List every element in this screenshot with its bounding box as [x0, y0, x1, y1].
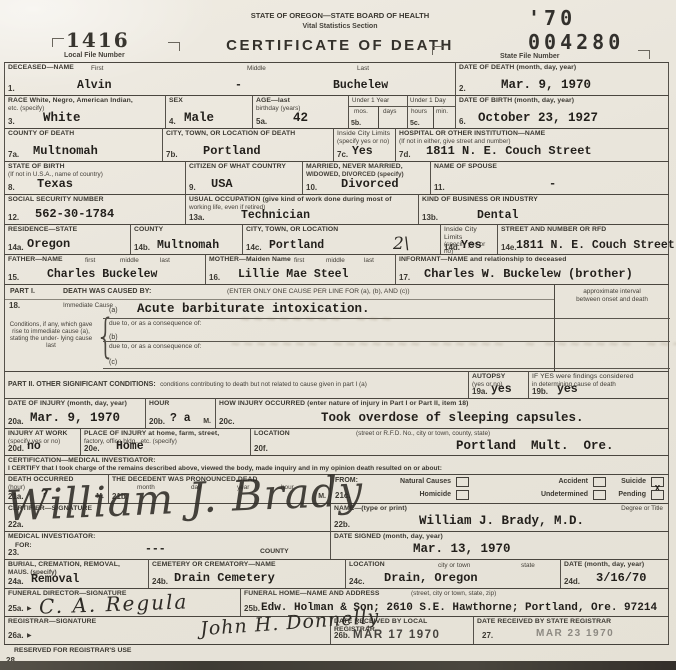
item-number: 20c.: [219, 417, 235, 426]
col-first: First: [91, 65, 103, 72]
col-middle: Middle: [247, 65, 266, 72]
item-number: 9.: [189, 183, 196, 192]
value-occupation: Technician: [241, 209, 310, 222]
field-label: HOW INJURY OCCURRED (enter nature of inj…: [219, 400, 666, 408]
field-industry: KIND OF BUSINESS OR INDUSTRY 13b. Dental: [418, 194, 669, 224]
item-number: 6.: [459, 117, 466, 126]
registration-mark: [168, 42, 180, 51]
field-label: COUNTY OF DEATH: [8, 130, 159, 138]
scan-edge: [0, 661, 676, 670]
interval-column-divider: [554, 285, 555, 372]
col-last: Last: [357, 65, 369, 72]
item-number: 7d.: [399, 150, 411, 159]
value-findings-considered: yes: [557, 383, 578, 396]
item-number: 8.: [8, 183, 15, 192]
col-last: last: [160, 257, 170, 264]
item-number: 25b.: [244, 604, 260, 613]
field-label: DATE OF INJURY (month, day, year): [8, 400, 142, 408]
item-number: 12.: [8, 213, 19, 222]
item-number: 21a.: [8, 492, 24, 501]
option-natural-causes: Natural Causes: [371, 478, 451, 485]
value-cemetery-location: Drain, Oregon: [384, 571, 478, 585]
field-informant: INFORMANT—NAME and relationship to decea…: [395, 254, 669, 284]
field-certifier-name: NAME—(type or print) Degree or Title 22b…: [330, 503, 669, 531]
field-label: NAME OF SPOUSE: [434, 163, 666, 171]
degree-or-title-label: Degree or Title: [621, 505, 663, 512]
field-label: AGE—last: [256, 97, 345, 105]
field-label: STREET AND NUMBER OR RFD: [501, 226, 666, 234]
item-number: 14d.: [444, 243, 460, 252]
value-age: 42: [293, 111, 308, 125]
divider: [378, 106, 379, 129]
item-number: 7b.: [166, 150, 178, 159]
value-father-name: Charles Buckelew: [47, 268, 157, 281]
value-hour-of-injury: ? a: [170, 412, 191, 425]
item-number: 14b.: [134, 243, 150, 252]
item-number: 19a.: [472, 387, 488, 396]
value-certifier-name: William J. Brady, M.D.: [419, 514, 584, 528]
field-label: CEMETERY OR CREMATORY—NAME: [152, 561, 342, 569]
col-min: min.: [436, 108, 448, 115]
value-residence-state: Oregon: [27, 237, 70, 251]
item-number: 14c.: [246, 243, 262, 252]
option-homicide: Homicide: [371, 491, 451, 498]
field-label: Inside City Limits: [337, 130, 392, 138]
field-sublabel: etc. (specify): [8, 105, 162, 112]
col-month: month: [137, 484, 155, 491]
local-file-number-label: Local File Number: [64, 52, 125, 59]
item-number: 18.: [9, 301, 20, 310]
col-mos: mos.: [354, 108, 368, 115]
registration-mark: [52, 38, 64, 47]
value-how-injury-occurred: Took overdose of sleeping capsules.: [321, 411, 584, 425]
field-label: LOCATION: [349, 561, 385, 569]
value-sex: Male: [184, 111, 214, 125]
field-burial-type: BURIAL, CREMATION, REMOVAL, MAUS. (speci…: [4, 559, 148, 588]
field-disposition-date: DATE (month, day, year) 24d. 3/16/70: [560, 559, 669, 588]
item-number: 24a.: [8, 577, 24, 586]
field-spouse-name: NAME OF SPOUSE 11. -: [430, 161, 669, 194]
field-sublabel: (specify yes or no): [337, 138, 392, 145]
field-label: HOSPITAL OR OTHER INSTITUTION—NAME: [399, 130, 666, 138]
field-inside-city-limits: Inside City Limits (specify yes or no) 7…: [333, 128, 395, 161]
field-label: AUTOPSY: [472, 373, 525, 381]
field-residence-city: CITY, TOWN, OR LOCATION 14c. Portland 2\: [242, 224, 440, 254]
field-residence-inside-city-limits: Inside City Limits (specify yes or no) 1…: [440, 224, 497, 254]
agency-name: STATE OF OREGON—STATE BOARD OF HEALTH: [205, 11, 475, 20]
value-hospital: 1811 N. E. Couch Street: [426, 144, 592, 158]
immediate-cause-label: Immediate Cause: [63, 302, 113, 309]
value-residence-city: Portland: [269, 239, 324, 252]
value-ssn: 562-30-1784: [35, 207, 114, 221]
checkbox-suicide-checked: X: [651, 477, 664, 487]
agency-section: Vital Statistics Section: [205, 23, 475, 30]
value-marital-status: Divorced: [341, 177, 399, 191]
field-label: DATE SIGNED (month, day, year): [334, 533, 666, 541]
item-number: 24c.: [349, 577, 365, 586]
value-date-of-death: Mar. 9, 1970: [501, 78, 591, 92]
field-sex: SEX 4. Male: [165, 95, 252, 128]
state-file-number-label: State File Number: [500, 53, 560, 60]
value-burial-type: Removal: [31, 573, 79, 586]
item-number: 11.: [434, 183, 445, 192]
reserved-label: RESERVED FOR REGISTRAR'S USE: [14, 647, 131, 654]
field-sublabel: (hour): [8, 484, 105, 491]
item-number: 7a.: [8, 150, 19, 159]
item-number: 14a.: [8, 243, 24, 252]
field-label: MOTHER—Maiden Name: [209, 256, 291, 264]
value-place-of-injury: Home: [116, 440, 144, 453]
handwritten-mark: 2\: [393, 234, 410, 254]
field-autopsy: AUTOPSY (yes or no) 19a. yes: [468, 371, 528, 398]
option-suicide: Suicide: [586, 478, 646, 485]
item-number: 20e.: [84, 444, 100, 453]
field-date-of-death: DATE OF DEATH (month, day, year) 2. Mar.…: [455, 62, 669, 95]
from-label: FROM:: [335, 477, 358, 484]
field-label: CITIZEN OF WHAT COUNTRY: [189, 163, 299, 171]
field-cause-category: FROM: Natural Causes Accident Suicide X …: [330, 474, 669, 503]
col-middle: middle: [326, 257, 345, 264]
value-cemetery-name: Drain Cemetery: [174, 571, 275, 585]
field-label: FATHER—NAME: [8, 256, 63, 264]
part1-region: PART I. DEATH WAS CAUSED BY: (ENTER ONLY…: [4, 284, 669, 371]
item-number: 3.: [8, 117, 15, 126]
field-label: COUNTY: [134, 226, 239, 234]
arrow-icon: ▶: [27, 632, 32, 639]
state-file-number-stamp: '70 004280: [528, 6, 676, 54]
field-certifier-signature: CERTIFIER—SIGNATURE 22a.: [4, 503, 330, 531]
item-number: 20b.: [149, 417, 165, 426]
item-number: 1.: [8, 84, 15, 93]
field-date-of-birth: DATE OF BIRTH (month, day, year) 6. Octo…: [455, 95, 669, 128]
item-number: 10.: [306, 183, 317, 192]
value-spouse-name: -: [549, 177, 556, 191]
item-number: 21c.: [335, 491, 351, 500]
field-city-of-death: CITY, TOWN, OR LOCATION OF DEATH 7b. Por…: [162, 128, 333, 161]
col-year: year: [237, 484, 249, 491]
value-medical-investigator-county: ---: [145, 543, 166, 556]
col-hours: hours: [411, 108, 427, 115]
field-father-name: FATHER—NAME first middle last 15. Charle…: [4, 254, 205, 284]
field-label: DATE OF DEATH (month, day, year): [459, 64, 576, 72]
value-injury-at-work: no: [27, 440, 41, 453]
col-day: day: [191, 484, 201, 491]
part2-label: PART II. OTHER SIGNIFICANT CONDITIONS:: [8, 381, 156, 388]
item-number: 22b.: [334, 520, 350, 529]
field-label: INJURY AT WORK: [8, 430, 77, 438]
option-undetermined: Undetermined: [514, 491, 588, 498]
item-number: 4.: [169, 117, 176, 126]
item-number: 20d.: [8, 444, 24, 453]
certification-title: CERTIFICATION—MEDICAL INVESTIGATOR:: [8, 457, 666, 465]
value-autopsy: yes: [491, 383, 512, 396]
col-days: days: [383, 108, 397, 115]
local-file-number: 1416: [66, 28, 130, 52]
field-funeral-home: FUNERAL HOME—NAME AND ADDRESS (street, c…: [240, 588, 669, 616]
item-number: 19b.: [532, 387, 548, 396]
item-number: 23.: [8, 548, 19, 557]
field-under-1-year: Under 1 Year mos. days 5b.: [348, 95, 407, 128]
item-number: 5a.: [256, 117, 267, 126]
field-label: DECEASED—NAME: [8, 64, 74, 72]
field-injury-location: LOCATION (street or R.F.D. No., city or …: [250, 428, 669, 455]
field-label: REGISTRAR—SIGNATURE: [8, 618, 327, 626]
item-number: 27.: [482, 631, 493, 640]
field-label: SOCIAL SECURITY NUMBER: [8, 196, 182, 204]
field-marital-status: MARRIED, NEVER MARRIED, WIDOWED, DIVORCE…: [302, 161, 430, 194]
field-label: SEX: [169, 97, 249, 105]
item-number: 24d.: [564, 577, 580, 586]
conditions-side-note: Conditions, if any, which gave rise to i…: [7, 321, 95, 349]
item-number: 15.: [8, 273, 19, 282]
field-label: CERTIFIER—SIGNATURE: [8, 505, 327, 513]
option-pending: Pending: [586, 491, 646, 498]
field-label: RESIDENCE—STATE: [8, 226, 127, 234]
value-race: White: [43, 111, 81, 125]
field-label: CITY, TOWN, OR LOCATION OF DEATH: [166, 130, 330, 138]
item-number: 16.: [209, 273, 220, 282]
field-date-of-injury: DATE OF INJURY (month, day, year) 20a. M…: [4, 398, 145, 428]
field-hospital: HOSPITAL OR OTHER INSTITUTION—NAME (If n…: [395, 128, 669, 161]
field-label: DATE OF BIRTH (month, day, year): [459, 97, 666, 105]
meridiem-label: M.: [203, 418, 211, 425]
field-label: MEDICAL INVESTIGATOR:: [8, 533, 327, 541]
registration-mark: [638, 50, 650, 59]
value-mother-name: Lillie Mae Steel: [238, 268, 348, 281]
field-cemetery-name: CEMETERY OR CREMATORY—NAME 24b. Drain Ce…: [148, 559, 345, 588]
form-title: CERTIFICATE OF DEATH: [185, 37, 495, 54]
part2-sublabel: conditions contributing to death but not…: [160, 381, 367, 388]
divider: [433, 106, 434, 129]
due-to-label: due to, or as a consequence of:: [109, 320, 201, 327]
col-middle: middle: [120, 257, 139, 264]
field-label: NAME—(type or print): [334, 505, 407, 513]
field-sublabel: (If not in U.S.A., name of country): [8, 171, 182, 178]
field-state-of-birth: STATE OF BIRTH (If not in U.S.A., name o…: [4, 161, 185, 194]
county-label: COUNTY: [260, 548, 289, 555]
option-accident: Accident: [526, 478, 588, 485]
field-county-of-death: COUNTY OF DEATH 7a. Multnomah: [4, 128, 162, 161]
certification-statement: I CERTIFY that I took charge of the rema…: [8, 465, 666, 472]
part1-instruction: (ENTER ONLY ONE CAUSE PER LINE FOR (a), …: [227, 288, 410, 295]
field-age: AGE—last birthday (years) 5a. 42: [252, 95, 348, 128]
item-number: 7c.: [337, 150, 348, 159]
col-first: first: [85, 257, 95, 264]
field-label: Under 1 Day: [410, 97, 446, 105]
field-race: RACE White, Negro, American Indian, etc.…: [4, 95, 165, 128]
certificate-paper: 1416 Local File Number STATE OF OREGON—S…: [0, 0, 676, 670]
field-sublabel: (street, city or town, state, zip): [411, 590, 496, 597]
part1-caused-by-label: DEATH WAS CAUSED BY:: [63, 288, 151, 296]
value-date-of-injury: Mar. 9, 1970: [30, 411, 120, 425]
value-death-occurred-hour: ?: [41, 488, 48, 501]
field-residence-county: COUNTY 14b. Multnomah: [130, 224, 242, 254]
field-place-of-injury: PLACE OF INJURY at home, farm, street, f…: [80, 428, 250, 455]
registration-mark: [432, 46, 444, 55]
value-funeral-home: Edw. Holman & Son; 2610 S.E. Hawthorne; …: [261, 602, 657, 614]
value-middle-name: -: [235, 79, 242, 92]
item-number: 20a.: [8, 417, 24, 426]
value-city-of-death: Portland: [203, 144, 261, 158]
field-cemetery-location: LOCATION city or town state 24c. Drain, …: [345, 559, 560, 588]
field-label: INFORMANT—NAME and relationship to decea…: [399, 256, 666, 264]
value-date-of-birth: October 23, 1927: [478, 111, 598, 125]
value-date-signed: Mar. 13, 1970: [413, 542, 511, 556]
line-c-label: (c): [109, 359, 117, 366]
field-label: KIND OF BUSINESS OR INDUSTRY: [422, 196, 666, 204]
field-pronounced-dead: THE DECEDENT WAS PRONOUNCED DEAD month d…: [108, 474, 330, 503]
col-hour: hour: [281, 484, 294, 491]
field-label: IF YES were findings considered: [532, 373, 666, 381]
field-residence-street: STREET AND NUMBER OR RFD 14e. 1811 N. E.…: [497, 224, 669, 254]
item-number: 25a.: [8, 604, 24, 613]
value-residence-street: 1811 N. E. Couch Street: [516, 239, 675, 252]
interval-header-line1: approximate interval: [556, 288, 668, 295]
field-label: Under 1 Year: [352, 97, 389, 105]
bleedthrough-handwriting: ~~~~~~~~ ~~~: [240, 312, 394, 327]
field-mother-name: MOTHER—Maiden Name first middle last 16.…: [205, 254, 395, 284]
field-sublabel: factory, office bldg., etc. (specify): [84, 438, 247, 445]
item-number: 24b.: [152, 577, 168, 586]
field-funeral-director-signature: FUNERAL DIRECTOR—SIGNATURE 25a. ▶ C. A. …: [4, 588, 240, 616]
value-disposition-date: 3/16/70: [596, 571, 646, 585]
item-number: 13b.: [422, 213, 438, 222]
field-date-received-state: DATE RECEIVED BY STATE REGISTRAR 27. MAR…: [473, 616, 669, 644]
meridiem-label: M.: [318, 493, 326, 500]
field-registrar-signature: REGISTRAR—SIGNATURE 26a. ▶: [4, 616, 330, 644]
item-number: 13a.: [189, 213, 205, 222]
item-number: 26b.: [334, 631, 350, 640]
field-label: STATE OF BIRTH: [8, 163, 182, 171]
field-label: RACE White, Negro, American Indian,: [8, 97, 162, 105]
interval-header-line2: between onset and death: [556, 296, 668, 303]
divider: [4, 644, 669, 645]
arrow-icon: ▶: [27, 605, 32, 612]
part1-label: PART I.: [10, 288, 35, 296]
field-label: FUNERAL DIRECTOR—SIGNATURE: [8, 590, 237, 598]
line-b-label: (b): [109, 334, 118, 341]
col-city-or-town: city or town: [438, 562, 470, 569]
value-citizen-country: USA: [211, 177, 233, 191]
item-number: 17.: [399, 273, 410, 282]
value-industry: Dental: [477, 209, 518, 222]
field-ssn: SOCIAL SECURITY NUMBER 12. 562-30-1784: [4, 194, 185, 224]
value-county-of-death: Multnomah: [33, 144, 98, 158]
value-last-name: Buchelew: [333, 79, 388, 92]
field-label: USUAL OCCUPATION (give kind of work done…: [189, 196, 415, 204]
field-label: DATE (month, day, year): [564, 561, 666, 569]
part2-region: PART II. OTHER SIGNIFICANT CONDITIONS: c…: [4, 371, 468, 398]
checkbox-natural-causes: [456, 477, 469, 487]
field-injury-at-work: INJURY AT WORK (specify yes or no) 20d. …: [4, 428, 80, 455]
field-date-signed: DATE SIGNED (month, day, year) Mar. 13, …: [330, 531, 669, 559]
divider: [5, 299, 554, 300]
state-registrar-date-stamp: MAR 23 1970: [536, 628, 614, 639]
value-informant: Charles W. Buckelew (brother): [424, 267, 633, 281]
field-how-injury-occurred: HOW INJURY OCCURRED (enter nature of inj…: [215, 398, 669, 428]
checkbox-homicide: [456, 490, 469, 500]
field-deceased-name: DECEASED—NAME First Middle Last 1. Alvin…: [4, 62, 455, 95]
item-number: 2.: [459, 84, 466, 93]
field-label: LOCATION: [254, 430, 290, 438]
value-residence-county: Multnomah: [157, 239, 219, 252]
field-hour-of-injury: HOUR 20b. ? a M.: [145, 398, 215, 428]
item-number: 5b.: [351, 120, 361, 127]
checkbox-pending: [651, 490, 664, 500]
col-last: last: [364, 257, 374, 264]
field-label: BURIAL, CREMATION, REMOVAL,: [8, 561, 145, 569]
col-first: first: [294, 257, 304, 264]
item-number: 21b.: [112, 492, 128, 501]
value-injury-location: Portland Mult. Ore.: [456, 439, 614, 453]
field-residence-state: RESIDENCE—STATE 14a. Oregon: [4, 224, 130, 254]
field-sublabel: (street or R.F.D. No., city or town, cou…: [356, 430, 490, 437]
value-state-of-birth: Texas: [37, 177, 73, 191]
local-registrar-date-stamp: MAR 17 1970: [353, 629, 440, 641]
line-a-label: (a): [109, 307, 118, 314]
field-label: HOUR: [149, 400, 212, 408]
divider: [408, 106, 456, 107]
field-findings-considered: IF YES were findings considered in deter…: [528, 371, 669, 398]
field-label: MARRIED, NEVER MARRIED,: [306, 163, 427, 171]
item-number: 14e.: [501, 243, 517, 252]
field-under-1-day: Under 1 Day hours min. 5c.: [407, 95, 455, 128]
value-inside-city-limits: Yes: [352, 145, 373, 158]
certification-strip: CERTIFICATION—MEDICAL INVESTIGATOR: I CE…: [4, 455, 669, 474]
field-date-received-local: DATE RECEIVED BY LOCAL REGISTRAR 26b. MA…: [330, 616, 473, 644]
field-death-occurred-hour: DEATH OCCURRED (hour) 21a. ? M.: [4, 474, 108, 503]
item-number: 22a.: [8, 520, 24, 529]
bleedthrough-handwriting: ~~~~~~~ ~~~~~~~ ~~~~~~ ~ ~~~~~~~ ~~~~~~: [230, 337, 676, 352]
item-number: 20f.: [254, 444, 268, 453]
value-first-name: Alvin: [77, 79, 112, 92]
field-sublabel: in determining cause of death: [532, 381, 666, 388]
value-residence-inside-city-limits: Yes: [461, 239, 482, 252]
col-state: state: [521, 562, 535, 569]
field-medical-investigator: MEDICAL INVESTIGATOR: FOR: 23. --- COUNT…: [4, 531, 330, 559]
due-to-label: due to, or as a consequence of:: [109, 343, 201, 350]
item-number: 5c.: [410, 120, 420, 127]
field-label: DEATH OCCURRED: [8, 476, 105, 484]
meridiem-label: M.: [96, 493, 104, 500]
cause-line-c-rule: [103, 368, 670, 369]
field-label: DATE RECEIVED BY STATE REGISTRAR: [477, 618, 666, 626]
field-occupation: USUAL OCCUPATION (give kind of work done…: [185, 194, 418, 224]
field-citizen-country: CITIZEN OF WHAT COUNTRY 9. USA: [185, 161, 302, 194]
field-label: FUNERAL HOME—NAME AND ADDRESS: [244, 590, 380, 598]
item-number: 26a.: [8, 631, 24, 640]
field-label: PLACE OF INJURY at home, farm, street,: [84, 430, 247, 438]
field-label: THE DECEDENT WAS PRONOUNCED DEAD: [112, 476, 258, 484]
field-label: CITY, TOWN, OR LOCATION: [246, 226, 437, 234]
